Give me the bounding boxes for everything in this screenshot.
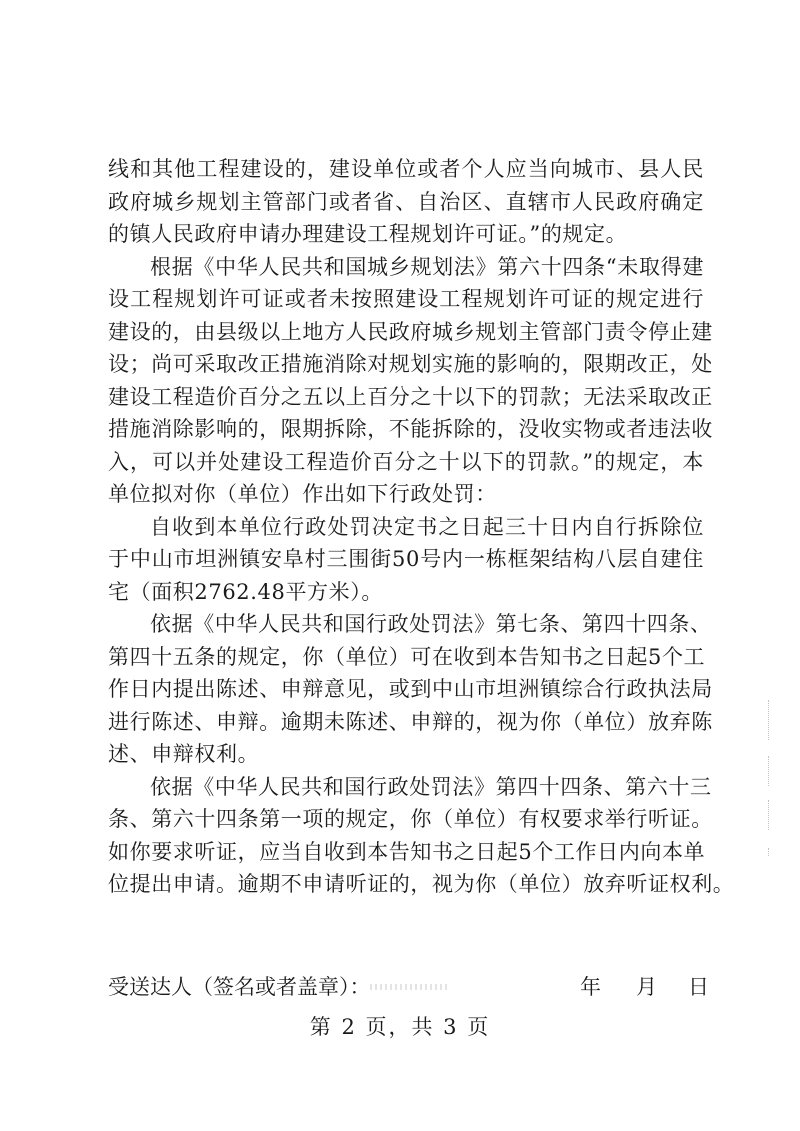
- text-line: 措施消除影响的，限期拆除，不能拆除的，没收实物或者违法收: [108, 413, 704, 446]
- text-line: 如你要求听证，应当自收到本告知书之日起5个工作日内向本单: [108, 836, 704, 869]
- signature-field: [370, 984, 450, 990]
- document-body: 线和其他工程建设的，建设单位或者个人应当向城市、县人民 政府城乡规划主管部门或者…: [108, 153, 708, 901]
- text-line: 宅（面积2762.48平方米）。: [108, 576, 704, 609]
- text-line: 政府城乡规划主管部门或者省、自治区、直辖市人民政府确定: [108, 186, 704, 219]
- text-line: 线和其他工程建设的，建设单位或者个人应当向城市、县人民: [108, 153, 704, 186]
- text-line: 设；尚可采取改正措施消除对规划实施的影响的，限期改正，处: [108, 348, 704, 381]
- page-number: 第 2 页，共 3 页: [0, 1010, 800, 1044]
- document-page: 线和其他工程建设的，建设单位或者个人应当向城市、县人民 政府城乡规划主管部门或者…: [0, 0, 800, 1131]
- text-line: 作日内提出陈述、申辩意见，或到中山市坦洲镇综合行政执法局: [108, 673, 704, 706]
- text-line: 第四十五条的规定，你（单位）可在收到本告知书之日起5个工: [108, 641, 704, 674]
- binding-edge-marks: [760, 700, 790, 860]
- text-line: 位提出申请。逾期不申请听证的，视为你（单位）放弃听证权利。: [108, 868, 704, 901]
- text-line: 建设的，由县级以上地方人民政府城乡规划主管部门责令停止建: [108, 316, 704, 349]
- text-line: 设工程规划许可证或者未按照建设工程规划许可证的规定进行: [108, 283, 704, 316]
- text-line: 依据《中华人民共和国行政处罚法》第七条、第四十四条、: [108, 608, 704, 641]
- text-line: 根据《中华人民共和国城乡规划法》第六十四条“未取得建: [108, 251, 704, 284]
- text-line: 自收到本单位行政处罚决定书之日起三十日内自行拆除位: [108, 511, 704, 544]
- text-line: 的镇人民政府申请办理建设工程规划许可证。”的规定。: [108, 218, 704, 251]
- text-line: 单位拟对你（单位）作出如下行政处罚：: [108, 478, 704, 511]
- signature-row: 受送达人（签名或者盖章）： 年 月 日: [108, 970, 708, 1004]
- text-line: 建设工程造价百分之五以上百分之十以下的罚款；无法采取改正: [108, 381, 704, 414]
- date-year-label: 年: [580, 970, 601, 1004]
- text-line: 条、第六十四条第一项的规定，你（单位）有权要求举行听证。: [108, 803, 704, 836]
- date-day-label: 日: [688, 970, 709, 1004]
- text-line: 述、申辩权利。: [108, 738, 704, 771]
- text-line: 进行陈述、申辩。逾期未陈述、申辩的，视为你（单位）放弃陈: [108, 706, 704, 739]
- signature-label: 受送达人（签名或者盖章）：: [108, 970, 371, 1004]
- text-line: 入，可以并处建设工程造价百分之十以下的罚款。”的规定，本: [108, 446, 704, 479]
- date-month-label: 月: [636, 970, 657, 1004]
- text-line: 依据《中华人民共和国行政处罚法》第四十四条、第六十三: [108, 771, 704, 804]
- text-line: 于中山市坦洲镇安阜村三围街50号内一栋框架结构八层自建住: [108, 543, 704, 576]
